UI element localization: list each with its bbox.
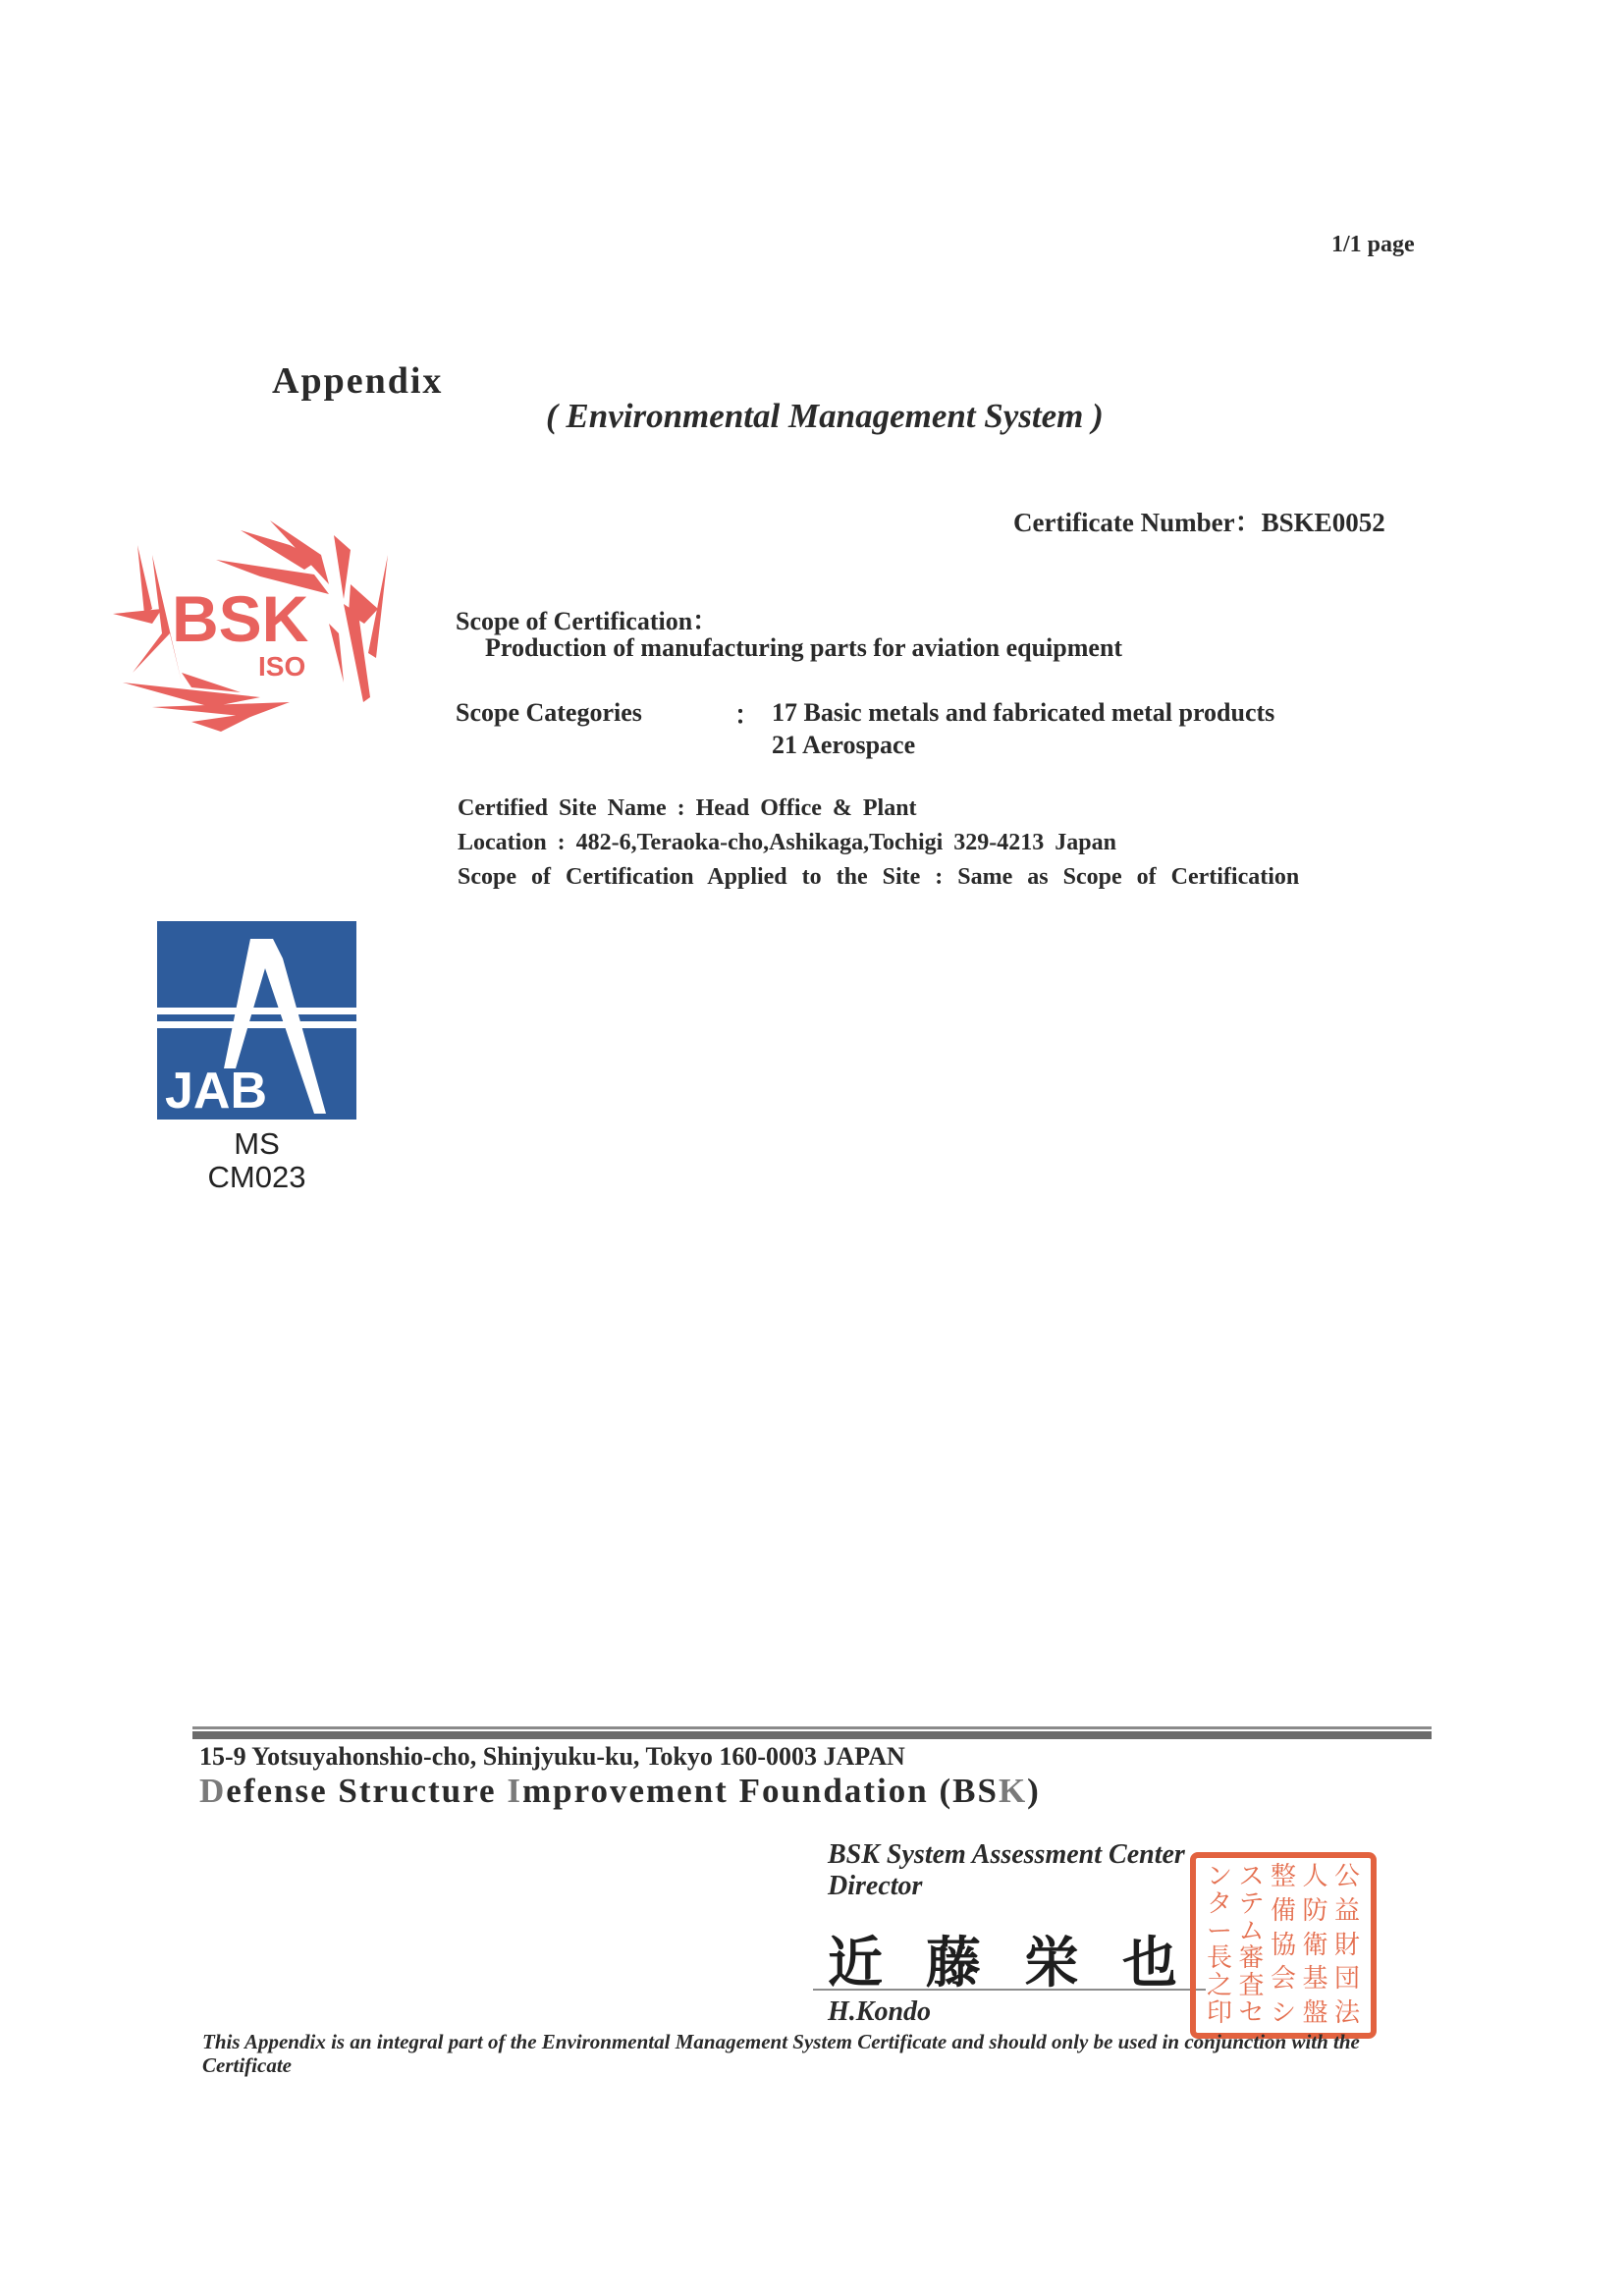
handwritten-signature: 近藤栄也 [828,1920,1220,1998]
footer-divider [192,1726,1432,1738]
scope-category-item: 17 Basic metals and fabricated metal pro… [772,698,1274,728]
certificate-number: Certificate Number：BSKE0052 [1013,501,1385,539]
signer-name: H.Kondo [828,1996,931,2028]
scope-category-item: 21 Aerospace [772,731,915,760]
jab-accreditation-logo: JAB [157,921,356,1120]
site-scope: Scope of Certification Applied to the Si… [458,864,1299,891]
signature-line [813,1989,1206,1991]
scope-categories-label: Scope Categories [456,698,642,728]
jab-caption-line1: MS [157,1127,356,1161]
site-location: Location : 482-6,Teraoka-cho,Ashikaga,To… [458,830,1116,856]
signer-position: Director [828,1871,922,1902]
bamboo-leaves-icon: BSK ISO [93,516,407,741]
bsk-iso-logo: BSK ISO [93,516,407,741]
assessment-center-name: BSK System Assessment Center [828,1839,1185,1871]
seal-column: 人防衛基盤 [1300,1864,1331,2027]
seal-column: 公益財団法 [1331,1864,1363,2027]
page-indicator: 1/1 page [1331,232,1415,258]
svg-text:JAB: JAB [165,1063,267,1120]
page-title: Appendix [272,359,443,403]
certificate-number-label: Certificate Number [1013,508,1235,537]
seal-column: ステム審査セ [1236,1864,1268,2027]
scope-categories-separator: ： [734,695,760,732]
certified-site-name: Certified Site Name : Head Office & Plan… [458,795,917,822]
scope-value: Production of manufacturing parts for av… [485,633,1122,663]
svg-text:ISO: ISO [258,651,305,682]
jab-caption-line2: CM023 [157,1161,356,1194]
jab-accreditation-code: MS CM023 [157,1127,356,1194]
scope-label: Scope of Certification： [456,601,718,637]
svg-text:BSK: BSK [172,582,309,655]
certificate-number-sep: ： [1235,508,1262,537]
official-seal-stamp: 公益財団法人防衛基盤整備協会システム審査センター長之印 [1190,1852,1377,2039]
appendix-disclaimer: This Appendix is an integral part of the… [202,2030,1380,2077]
page-subtitle: ( Environmental Management System ) [546,397,1104,436]
organization-address: 15-9 Yotsuyahonshio-cho, Shinjyuku-ku, T… [199,1742,905,1772]
organization-name: Defense Structure Improvement Foundation… [199,1772,1041,1811]
seal-characters: 公益財団法人防衛基盤整備協会システム審査センター長之印 [1204,1864,1363,2027]
seal-column: 整備協会シ [1268,1864,1299,2027]
certificate-number-value: BSKE0052 [1262,508,1385,537]
jab-mark-icon: JAB [157,921,356,1120]
seal-column: ンター長之印 [1204,1864,1235,2027]
